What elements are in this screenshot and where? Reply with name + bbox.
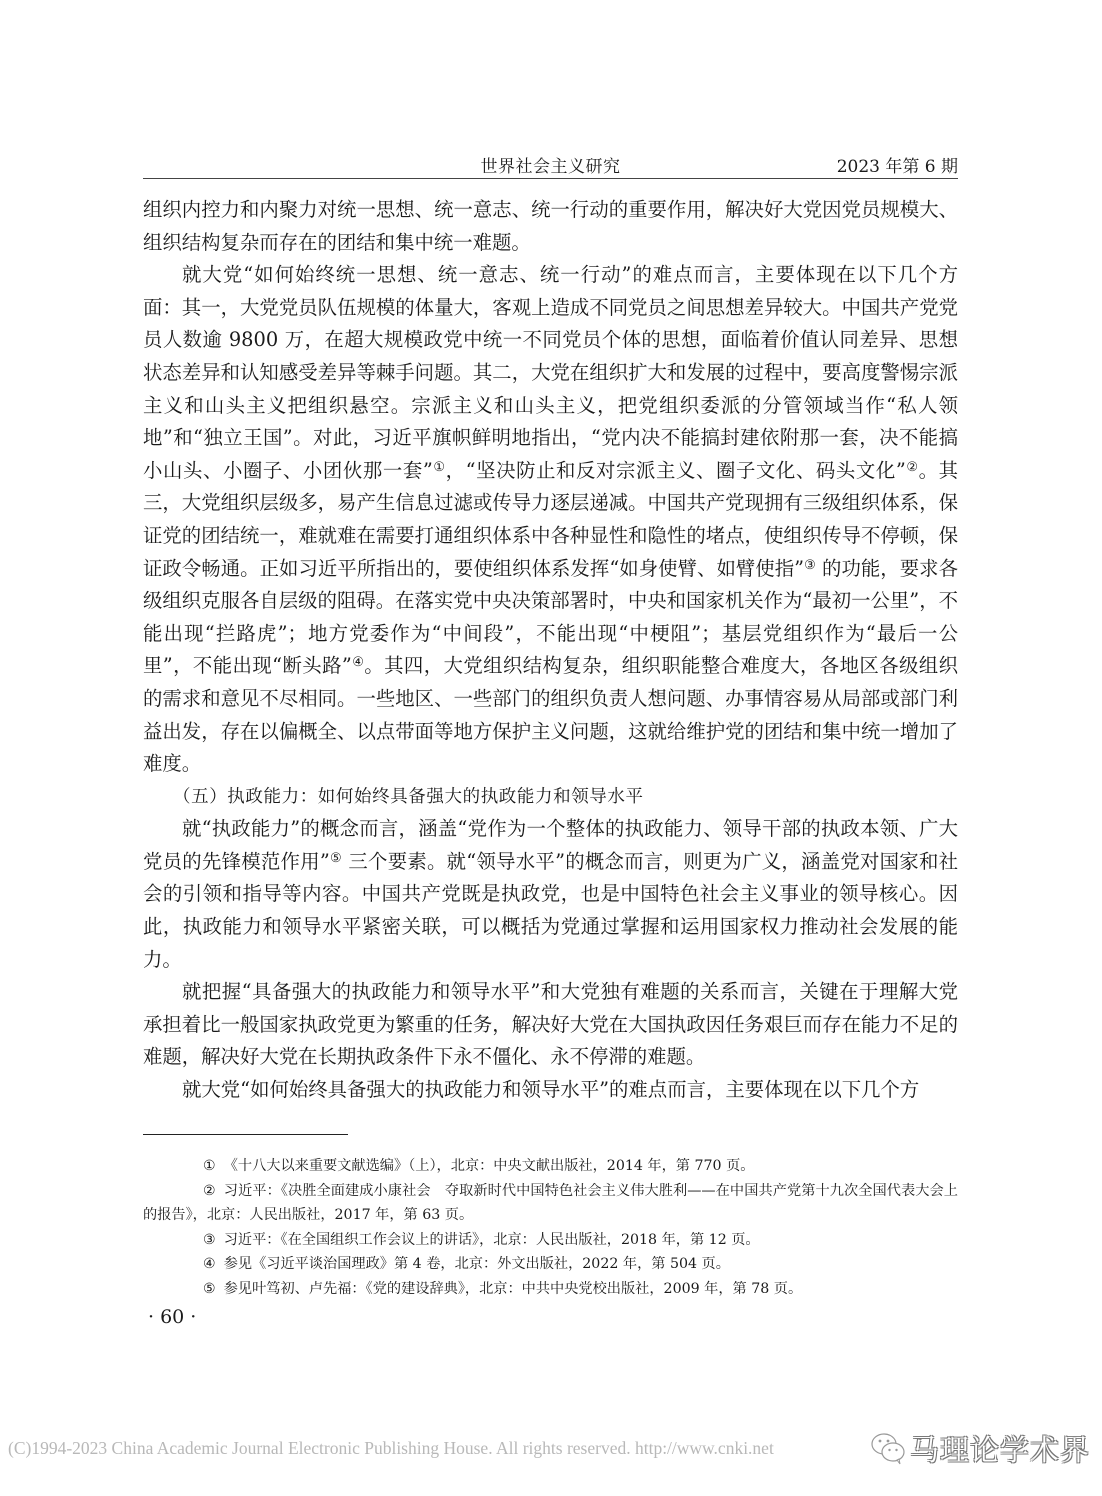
issue-label: 2023 年第 6 期 [837,152,958,177]
copyright-watermark: (C)1994-2023 China Academic Journal Elec… [8,1438,774,1459]
running-header: 世界社会主义研究 2023 年第 6 期 [143,150,958,178]
page-number: · 60 · [148,1306,196,1328]
footnote-ref[interactable]: ④ [352,655,364,670]
article-body: 组织内控力和内聚力对统一思想、统一意志、统一行动的重要作用，解决好大党因党员规模… [143,194,958,1107]
footnote-ref[interactable]: ⑤ [330,851,342,866]
footnote-mark: ① [173,1154,216,1179]
footnote-item: ⑤参见叶笃初、卢先福：《党的建设辞典》，北京：中共中央党校出版社，2009 年，… [143,1277,958,1302]
footnote-item: ②习近平：《决胜全面建成小康社会 夺取新时代中国特色社会主义伟大胜利——在中国共… [143,1179,958,1228]
paragraph-text: ，“坚决防止和反对宗派主义、圈子文化、码头文化” [446,459,906,482]
paragraph: 就大党“如何始终统一思想、统一意志、统一行动”的难点而言，主要体现在以下几个方面… [143,259,958,781]
header-divider [143,178,958,179]
footnote-mark: ④ [173,1252,216,1277]
wechat-badge: 马理论学术界 [870,1428,1090,1468]
paragraph: 组织内控力和内聚力对统一思想、统一意志、统一行动的重要作用，解决好大党因党员规模… [143,194,958,259]
footnote-item: ①《十八大以来重要文献选编》（上），北京：中央文献出版社，2014 年，第 77… [143,1154,958,1179]
wechat-icon [870,1431,906,1465]
footnote-text: 《十八大以来重要文献选编》（上），北京：中央文献出版社，2014 年，第 770… [224,1158,755,1174]
paragraph-text: 就大党“如何始终统一思想、统一意志、统一行动”的难点而言，主要体现在以下几个方面… [143,263,958,482]
wechat-account-name: 马理论学术界 [910,1428,1090,1469]
section-heading: （五）执政能力：如何始终具备强大的执政能力和领导水平 [143,781,958,814]
footnote-ref[interactable]: ① [433,460,446,475]
paragraph: 就“执政能力”的概念而言，涵盖“党作为一个整体的执政能力、领导干部的执政本领、广… [143,813,958,976]
footnote-mark: ② [173,1179,216,1204]
footnote-ref[interactable]: ② [906,460,919,475]
footnote-text: 参见《习近平谈治国理政》第 4 卷，北京：外文出版社，2022 年，第 504 … [224,1256,730,1272]
footnotes: ①《十八大以来重要文献选编》（上），北京：中央文献出版社，2014 年，第 77… [143,1154,958,1301]
footnote-text: 习近平：《决胜全面建成小康社会 夺取新时代中国特色社会主义伟大胜利——在中国共产… [143,1183,958,1224]
footnote-ref[interactable]: ③ [804,558,816,573]
footnote-divider [143,1134,348,1135]
footnote-text: 习近平：《在全国组织工作会议上的讲话》，北京：人民出版社，2018 年，第 12… [224,1232,760,1248]
footnote-item: ③习近平：《在全国组织工作会议上的讲话》，北京：人民出版社，2018 年，第 1… [143,1228,958,1253]
journal-page: 世界社会主义研究 2023 年第 6 期 组织内控力和内聚力对统一思想、统一意志… [0,0,1102,1496]
footnote-mark: ③ [173,1228,216,1253]
footnote-item: ④参见《习近平谈治国理政》第 4 卷，北京：外文出版社，2022 年，第 504… [143,1252,958,1277]
footnote-text: 参见叶笃初、卢先福：《党的建设辞典》，北京：中共中央党校出版社，2009 年，第… [224,1281,802,1297]
paragraph: 就大党“如何始终具备强大的执政能力和领导水平”的难点而言，主要体现在以下几个方 [143,1074,958,1107]
footnote-mark: ⑤ [173,1277,216,1302]
paragraph: 就把握“具备强大的执政能力和领导水平”和大党独有难题的关系而言，关键在于理解大党… [143,976,958,1074]
